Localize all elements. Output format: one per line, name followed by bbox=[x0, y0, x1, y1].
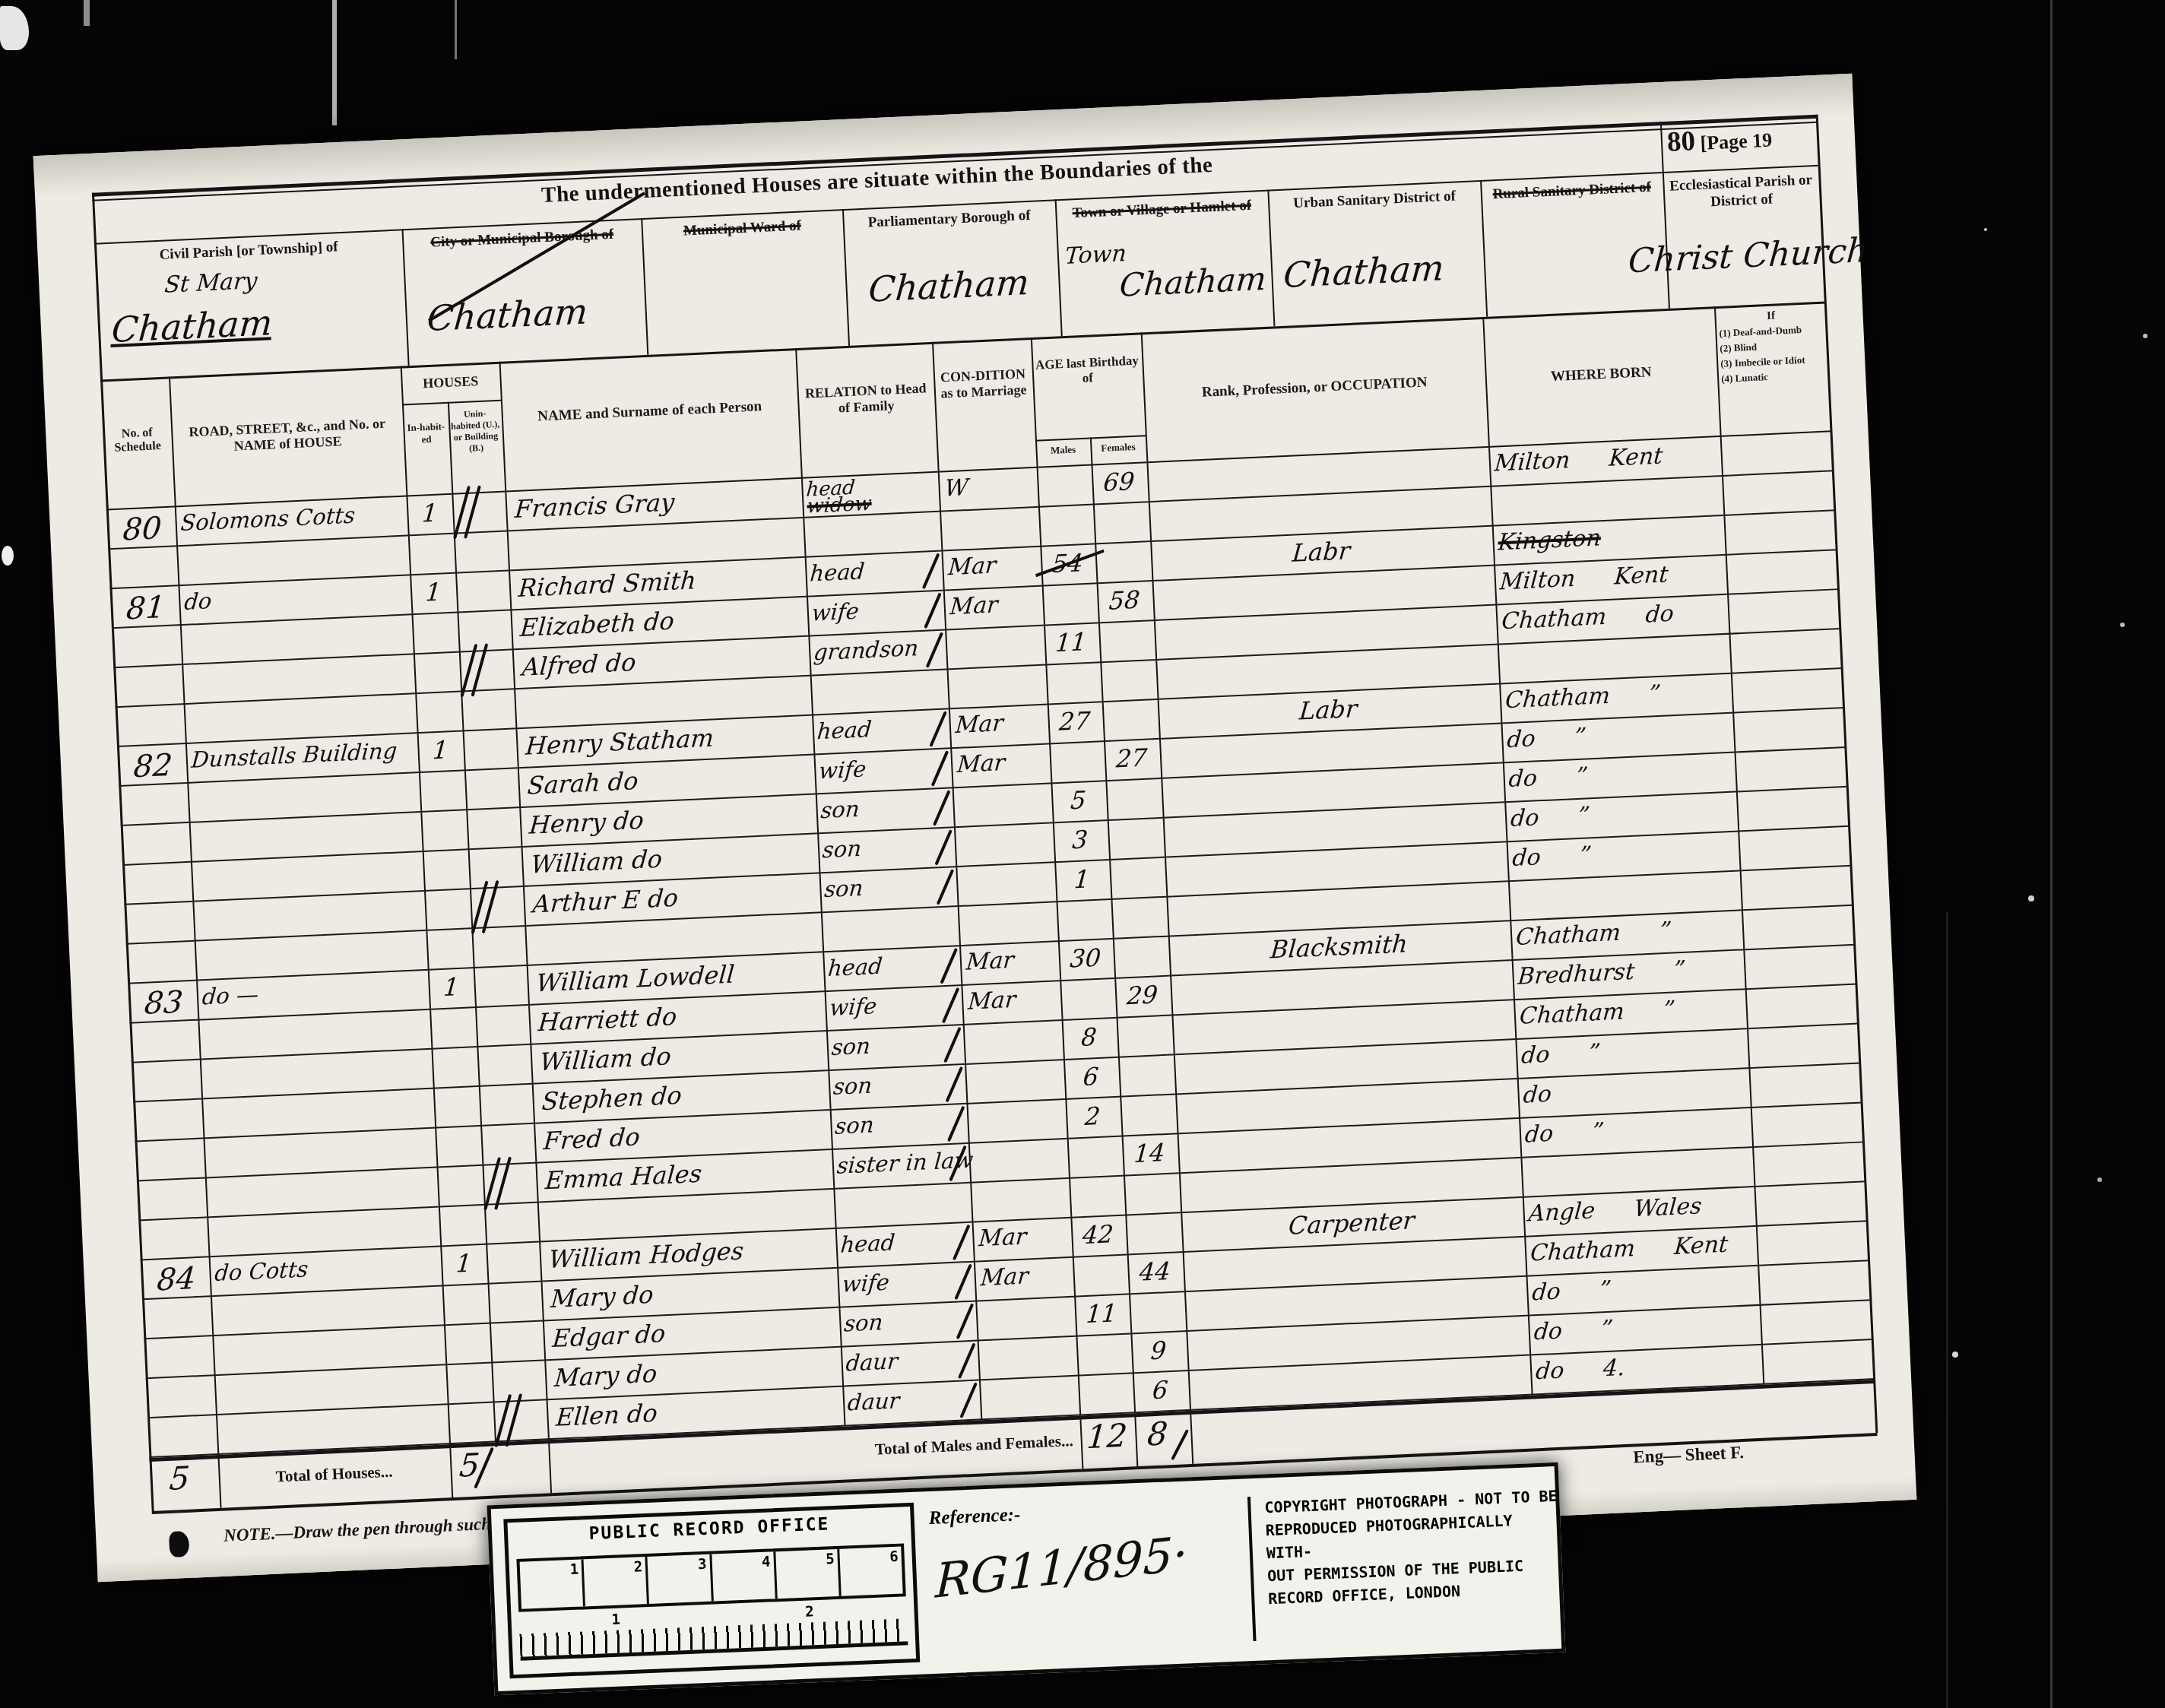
totals-males: 12 bbox=[1086, 1417, 1129, 1456]
cell-sched: 83 bbox=[132, 984, 196, 1022]
district-label: Urban Sanitary District of bbox=[1271, 186, 1479, 213]
ruler-number: 1 bbox=[569, 1561, 578, 1578]
dust-specks bbox=[1984, 228, 1987, 231]
cell-born: Angle Wales bbox=[1527, 1190, 1755, 1228]
reference-value: RG11/895· bbox=[934, 1525, 1188, 1608]
cell-born: do ” bbox=[1507, 756, 1735, 793]
film-blemish bbox=[0, 6, 29, 50]
cell-m: 27 bbox=[1047, 705, 1102, 737]
cell-rel: wife bbox=[818, 752, 949, 784]
totals-schedule-count: 5 bbox=[168, 1459, 191, 1497]
cell-rel: daur bbox=[845, 1345, 975, 1377]
district-box-town-village: Town or Village or Hamlet of Town Chatha… bbox=[1055, 190, 1274, 337]
cell-road: Solomons Cotts bbox=[179, 500, 403, 536]
cell-born: Kingston bbox=[1497, 519, 1725, 556]
cell-inh: 1 bbox=[407, 498, 452, 529]
colhdr-disability-1: (1) Deaf-and-Dumb bbox=[1719, 323, 1826, 340]
district-value-secondary: St Mary bbox=[163, 268, 258, 299]
cell-sched: 80 bbox=[109, 510, 174, 548]
cell-cond: W bbox=[943, 471, 1035, 502]
cell-m: 11 bbox=[1074, 1298, 1130, 1329]
cell-rel: son bbox=[834, 1108, 965, 1139]
cell-m: 2 bbox=[1065, 1101, 1121, 1132]
district-label: Parliamentary Borough of bbox=[845, 206, 1053, 233]
cell-cond: Mar bbox=[978, 1222, 1070, 1253]
colhdr-schedule: No. of Schedule bbox=[106, 426, 169, 456]
colhdr-disabilities-title: If bbox=[1718, 308, 1824, 325]
cell-m: 1 bbox=[1054, 864, 1110, 895]
cell-rel: son bbox=[843, 1305, 974, 1337]
cell-inh: 1 bbox=[429, 971, 474, 1003]
cell-m: 11 bbox=[1044, 626, 1099, 658]
cell-m: 5 bbox=[1051, 784, 1106, 816]
rule-line bbox=[402, 400, 501, 406]
cell-cond: Mar bbox=[980, 1261, 1072, 1292]
cell-rel: son bbox=[832, 1068, 963, 1100]
pro-office-name: PUBLIC RECORD OFFICE bbox=[508, 1511, 911, 1547]
colhdr-age: AGE last Birthday of bbox=[1032, 353, 1143, 388]
colhdr-uninhabited: Unin-habited (U.), or Building (B.) bbox=[449, 407, 502, 455]
ruler-number: 5 bbox=[826, 1551, 835, 1567]
cell-f: 14 bbox=[1121, 1137, 1178, 1168]
cell-cond: Mar bbox=[947, 550, 1039, 581]
cell-born: do ” bbox=[1510, 795, 1738, 832]
cell-road: do bbox=[183, 579, 407, 615]
ruler-number: 3 bbox=[698, 1556, 707, 1573]
cell-road: do — bbox=[201, 974, 425, 1009]
cell-rel: head bbox=[827, 949, 958, 981]
district-box-urban-sanitary: Urban Sanitary District of Chatham bbox=[1267, 180, 1486, 327]
cell-born: do 4. bbox=[1535, 1348, 1763, 1386]
film-blemish bbox=[2, 546, 14, 566]
census-document: The undermentioned Houses are situate wi… bbox=[33, 74, 1917, 1583]
cell-f: 58 bbox=[1096, 585, 1152, 616]
cell-born: do ” bbox=[1511, 835, 1739, 872]
cell-road: do Cotts bbox=[214, 1250, 437, 1286]
cell-born: Chatham ” bbox=[1515, 914, 1743, 951]
cell-sched: 81 bbox=[113, 589, 178, 627]
ruler-number: 1 bbox=[611, 1611, 620, 1627]
cell-inh: 1 bbox=[418, 734, 463, 765]
cell-rel: head bbox=[809, 555, 940, 587]
cell-f: 29 bbox=[1114, 980, 1171, 1011]
film-scratch bbox=[455, 0, 457, 59]
rule-line bbox=[1134, 1413, 1138, 1466]
colhdr-disability-4: (4) Lunatic bbox=[1721, 369, 1828, 385]
totals-males-females-label: Total of Males and Females... bbox=[852, 1431, 1073, 1460]
ruler-segment: 2 bbox=[584, 1557, 650, 1606]
district-label: Ecclesiastical Parish or District of bbox=[1666, 171, 1817, 213]
rule-line bbox=[217, 1455, 221, 1508]
cell-born: Chatham do bbox=[1501, 598, 1729, 635]
district-value: Chatham bbox=[426, 290, 589, 339]
district-label: Rural Sanitary District of bbox=[1483, 178, 1660, 204]
cell-road: Dunstalls Building bbox=[191, 737, 414, 772]
cell-f: 44 bbox=[1127, 1256, 1183, 1287]
ruler-segment: 6 bbox=[839, 1547, 903, 1596]
colhdr-relation: RELATION to Head of Family bbox=[798, 380, 934, 418]
ruler-segment: 1 bbox=[520, 1559, 586, 1608]
cell-inh: 1 bbox=[442, 1248, 487, 1279]
census-form: The undermentioned Houses are situate wi… bbox=[33, 74, 1917, 1583]
cell-inh: 1 bbox=[411, 577, 456, 608]
district-box-municipal-borough: City or Municipal Borough of Chatham bbox=[401, 218, 647, 366]
cell-f: 69 bbox=[1091, 466, 1147, 497]
colhdr-name: NAME and Surname of each Person bbox=[501, 397, 798, 427]
district-value-secondary: Town bbox=[1064, 240, 1127, 270]
cell-born: do ” bbox=[1520, 1032, 1748, 1069]
colhdr-where-born: WHERE BORN bbox=[1485, 361, 1717, 388]
cell-rel: head bbox=[816, 712, 947, 744]
colhdr-disability-2: (2) Blind bbox=[1720, 338, 1827, 355]
cell-rel: wife bbox=[842, 1266, 972, 1298]
cell-m: 3 bbox=[1052, 824, 1108, 855]
cell-cond: Mar bbox=[956, 748, 1048, 779]
district-value: Chatham bbox=[110, 302, 274, 350]
cell-cond: Mar bbox=[955, 708, 1047, 740]
cell-m: 6 bbox=[1063, 1061, 1119, 1092]
cell-f: 6 bbox=[1132, 1374, 1188, 1405]
ruler-number: 6 bbox=[889, 1548, 899, 1565]
cell-cond: Mar bbox=[949, 590, 1041, 621]
totals-females: 8 bbox=[1146, 1415, 1169, 1453]
sheet-label: Eng— Sheet F. bbox=[1633, 1443, 1745, 1468]
ruler-number: 2 bbox=[633, 1558, 642, 1575]
cell-rel: son bbox=[831, 1028, 962, 1060]
copyright-notice: COPYRIGHT PHOTOGRAPH - NOT TO BE REPRODU… bbox=[1247, 1485, 1566, 1641]
rule-line bbox=[548, 1440, 552, 1493]
cell-sched: 84 bbox=[144, 1260, 208, 1298]
cell-born: do ” bbox=[1524, 1111, 1752, 1149]
cell-born: do ” bbox=[1531, 1269, 1759, 1307]
ink-blot bbox=[169, 1531, 190, 1557]
cell-m: 8 bbox=[1061, 1022, 1117, 1053]
rule-line bbox=[449, 1444, 453, 1497]
cell-born: Chatham ” bbox=[1504, 677, 1732, 715]
cell-born: do bbox=[1522, 1072, 1750, 1109]
colhdr-occupation: Rank, Profession, or OCCUPATION bbox=[1143, 372, 1486, 404]
cell-rel: wife bbox=[829, 989, 959, 1021]
district-value: Chatham bbox=[867, 261, 1031, 310]
tally-stroke bbox=[1171, 1429, 1189, 1460]
colhdr-females: Females bbox=[1090, 440, 1146, 455]
colhdr-road: ROAD, STREET, &c., and No. or NAME of HO… bbox=[175, 415, 401, 457]
cell-born: Milton Kent bbox=[1494, 440, 1722, 477]
cell-m: 42 bbox=[1070, 1219, 1126, 1250]
cell-f: 27 bbox=[1104, 743, 1160, 774]
ruler-segment: 3 bbox=[648, 1554, 714, 1604]
cell-rel: head bbox=[839, 1226, 970, 1258]
district-label: Municipal Ward of bbox=[645, 215, 841, 242]
colhdr-condition: CON-DITION as to Marriage bbox=[935, 366, 1032, 402]
colhdr-houses: HOUSES bbox=[401, 372, 500, 393]
cell-rel: daur bbox=[847, 1384, 978, 1416]
ruler-segment: 4 bbox=[712, 1551, 778, 1601]
reference-label: Reference:- bbox=[928, 1504, 1021, 1529]
cell-born: Bredhurst ” bbox=[1517, 953, 1745, 990]
colhdr-disability-3: (3) Imbecile or Idiot bbox=[1720, 353, 1827, 370]
district-box-civil-parish: Civil Parish [or Township] of St Mary Ch… bbox=[94, 229, 408, 379]
district-box-parliamentary-borough: Parliamentary Borough of Chatham bbox=[842, 199, 1061, 346]
cell-born: do ” bbox=[1533, 1309, 1761, 1346]
census-scan-page: { "page": { "folio": "80", "page_label":… bbox=[0, 0, 2165, 1708]
district-label: Town or Village or Hamlet of bbox=[1058, 196, 1266, 223]
cell-m: 54 bbox=[1040, 547, 1095, 578]
film-edge-line bbox=[2050, 0, 2052, 1708]
cell-born: Chatham Kent bbox=[1529, 1230, 1758, 1267]
ruler-segment: 5 bbox=[775, 1549, 842, 1599]
cell-cond: Mar bbox=[965, 945, 1057, 976]
cell-rel: son bbox=[823, 870, 954, 902]
cell-born: do ” bbox=[1506, 717, 1734, 754]
cell-sched: 82 bbox=[120, 747, 185, 785]
film-scratch bbox=[332, 0, 337, 125]
totals-houses-label: Total of Houses... bbox=[275, 1462, 393, 1487]
colhdr-males: Males bbox=[1035, 443, 1091, 458]
rule-line bbox=[1190, 1411, 1193, 1464]
film-scratch bbox=[84, 0, 90, 26]
cell-f: 9 bbox=[1130, 1335, 1187, 1366]
pro-ruler-box: PUBLIC RECORD OFFICE 1 2 3 4 5 6 1 2 bbox=[503, 1503, 920, 1679]
cell-rel: headwidow bbox=[806, 476, 937, 515]
district-value: Chatham bbox=[1282, 247, 1445, 296]
cell-rel: wife bbox=[811, 594, 942, 626]
ruler-number: 2 bbox=[805, 1603, 814, 1620]
cell-rel: son bbox=[822, 831, 953, 863]
colhdr-inhabited: In-habit-ed bbox=[404, 420, 448, 447]
cell-rel: grandson bbox=[813, 634, 943, 666]
cell-relation-struck: widow bbox=[807, 493, 937, 515]
district-label: Civil Parish [or Township] of bbox=[97, 236, 400, 267]
page-label: [Page 19 bbox=[1700, 129, 1773, 154]
folio-number: 80 bbox=[1666, 125, 1696, 158]
film-edge-line bbox=[1946, 912, 1948, 1708]
cell-rel: son bbox=[819, 791, 950, 823]
ruler-number: 4 bbox=[762, 1553, 771, 1570]
cell-m: 30 bbox=[1058, 943, 1114, 974]
cell-born: Chatham ” bbox=[1519, 993, 1747, 1030]
district-value: Chatham bbox=[1118, 260, 1268, 304]
cell-cond: Mar bbox=[967, 984, 1059, 1016]
cell-rel: sister in law bbox=[836, 1147, 967, 1179]
cell-born: Milton Kent bbox=[1499, 559, 1727, 596]
rule-line bbox=[1079, 1415, 1083, 1469]
district-box-ecclesiastical: Ecclesiastical Parish or District of Chr… bbox=[1663, 165, 1824, 309]
district-box-municipal-ward: Municipal Ward of bbox=[641, 209, 848, 355]
